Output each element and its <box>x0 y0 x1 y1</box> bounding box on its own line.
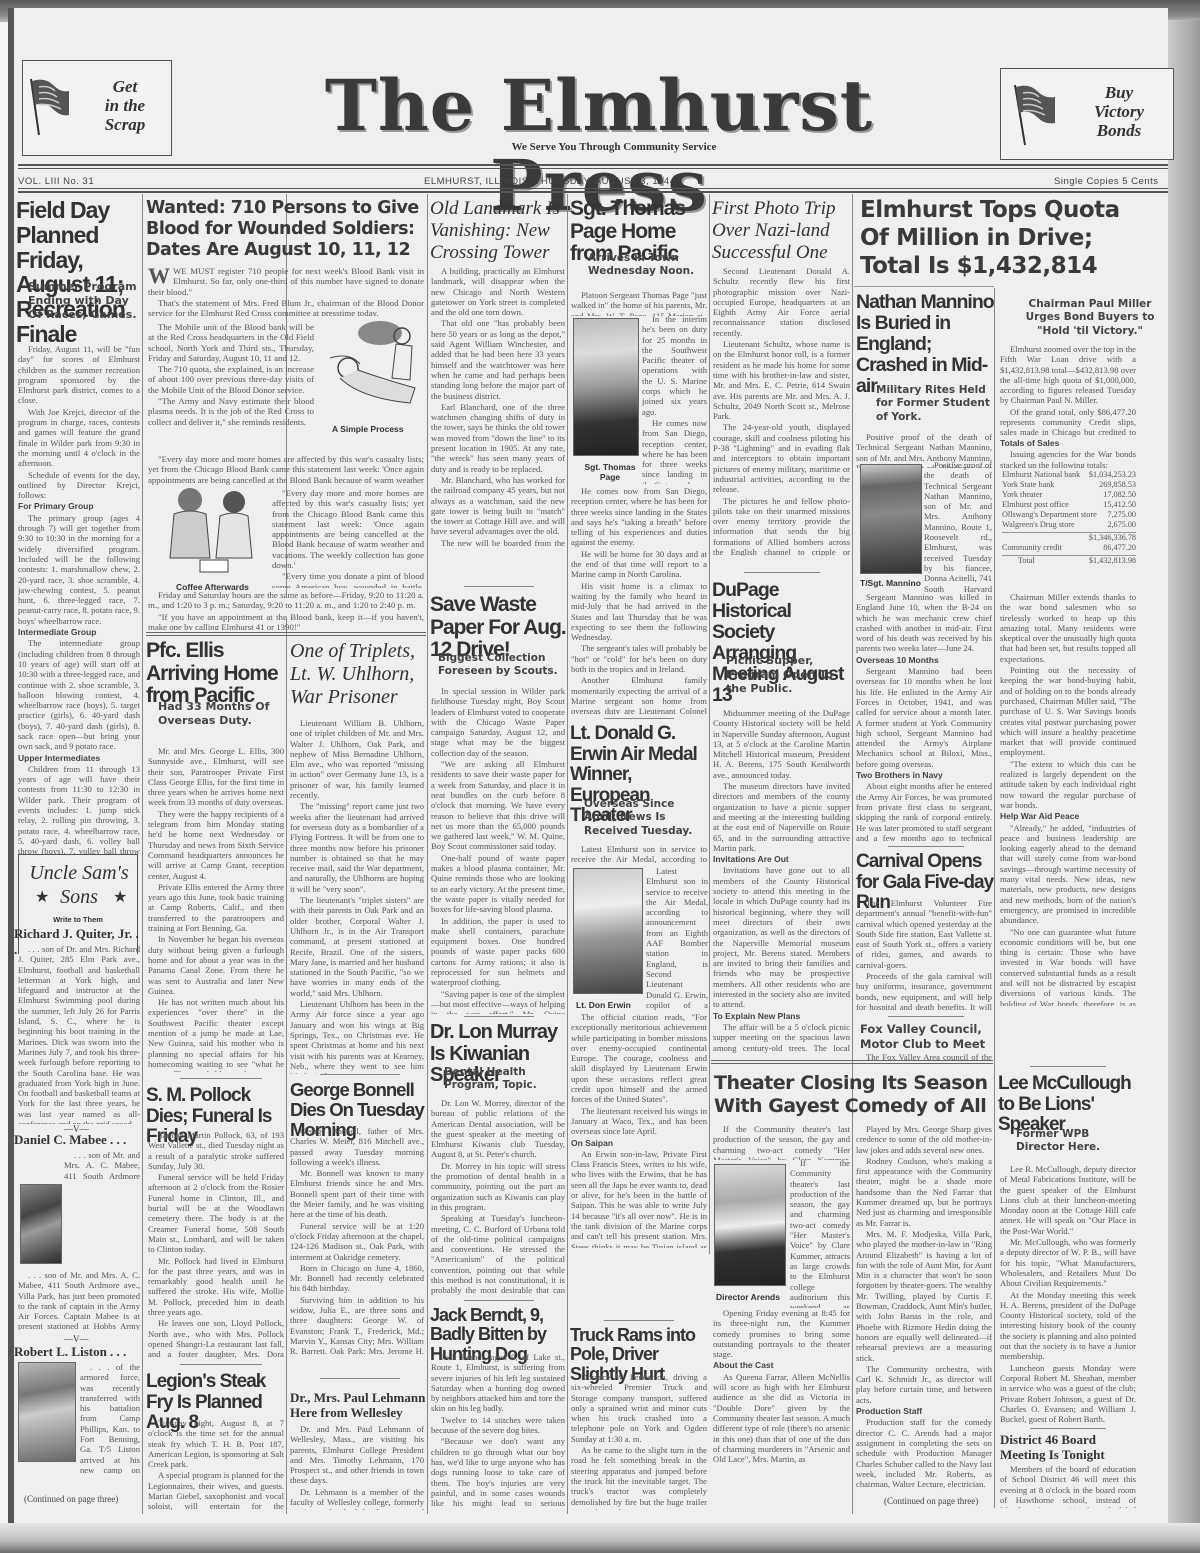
waste-paper-body: In special session in Wilder park fieldh… <box>431 686 565 1014</box>
table-cell-amount: 2,675.00 <box>1107 520 1136 530</box>
theater-headline: Theater Closing Its Season With Gayest C… <box>714 1072 994 1118</box>
article-divider <box>320 1074 400 1075</box>
paragraph: "Every day more and more homes are affec… <box>272 488 424 570</box>
paragraph: Sergeant Mannino had been overseas for 1… <box>856 666 992 769</box>
paragraph: He comes now from San Diego, reception c… <box>642 418 707 484</box>
uhlhorn-body: Lieutenant William B. Uhlhorn, one of tr… <box>290 718 424 1074</box>
paragraph: Private Ellis entered the Army three yea… <box>148 882 284 933</box>
continued-note: (Continued on page three) <box>884 1496 978 1506</box>
paragraph: As he came to the slight turn in the roa… <box>571 1445 707 1510</box>
left-ear-line-2: in the <box>83 96 167 115</box>
total-amount: $1,432,813.98 <box>1089 556 1136 566</box>
paragraph: The Fox Valley Area council of the Chica… <box>856 1052 992 1060</box>
table-row: York theater17,082.50 <box>1002 490 1136 500</box>
column-divider <box>852 194 853 1514</box>
star-icon: ★ <box>35 887 49 907</box>
paragraph: Elmhurst zoomed over the top in the Fift… <box>1000 344 1136 406</box>
left-ear-box: Get in the Scrap <box>22 60 172 156</box>
paragraph: Issuing agencies for the War bonds stack… <box>1000 449 1136 468</box>
paragraph: Mr. Bonnell was known to many Elmhurst f… <box>290 1168 424 1219</box>
section-rule <box>711 1060 993 1064</box>
lt-erwin-photo <box>573 868 643 994</box>
paragraph: A building, practically an Elmhurst land… <box>431 266 565 317</box>
paragraph: One-half pound of waste paper makes a bl… <box>431 853 565 915</box>
mccullough-subhead: Former WPB Director Here. <box>1016 1128 1136 1155</box>
landmark-headline: Old Landmark Is Vanishing: New Crossing … <box>430 198 566 264</box>
paragraph: Lieutenant Schultz, whose name is on the… <box>713 339 850 421</box>
article-divider <box>744 572 820 573</box>
newspaper-page: Get in the Scrap The Elmhurst Press We S… <box>8 8 1168 1538</box>
total-label: Total <box>1002 556 1035 566</box>
table-cell-agency: Elmhurst National bank <box>1002 470 1080 480</box>
lehmann-headline: Dr., Mrs. Paul Lehmann Here from Wellesl… <box>290 1390 426 1420</box>
theater-body-left: Opening Friday evening at 8:45 for its t… <box>713 1308 850 1512</box>
paragraph: Jack Berndt, aged 9, of Lake st., Route … <box>431 1352 565 1414</box>
paragraph: "No one can guarantee what future econom… <box>1000 927 1136 1007</box>
paragraph: The intermediate group (including childr… <box>18 638 140 751</box>
paragraph: He comes now from San Diego, reception c… <box>571 486 707 548</box>
continued-note: (Continued on page three) <box>24 1494 118 1504</box>
photo-caption: T/Sgt. Mannino <box>860 578 921 588</box>
mannino-subhead: Military Rites Held for Former Student o… <box>876 384 990 424</box>
article-divider <box>464 586 534 587</box>
headline-line: Total Is $1,432,814 <box>860 252 1170 280</box>
paragraph: "Saving paper is one of the simplest—but… <box>431 989 565 1014</box>
paragraph: Platoon Sergeant Thomas Page "just walke… <box>571 290 707 316</box>
dateline-price: Single Copies 5 Cents <box>1054 176 1159 187</box>
paragraph: Tuesday night, August 8, at 7 o'clock is… <box>148 1418 284 1469</box>
paragraph: If the Community theater's last producti… <box>713 1124 850 1160</box>
paragraph: In the interim he's been on duty for 25 … <box>642 314 707 417</box>
landmark-body: A building, practically an Elmhurst land… <box>431 266 565 546</box>
berndt-body: Jack Berndt, aged 9, of Lake st., Route … <box>431 1352 565 1510</box>
ellis-body: Mr. and Mrs. George L. Ellis, 300 Sunnys… <box>148 746 284 1072</box>
blood-bank-body-4: Friday and Saturday hours are the same a… <box>148 590 424 630</box>
section-heading: Totals of Sales <box>1000 438 1136 448</box>
page-body-top: Platoon Sergeant Thomas Page "just walke… <box>571 290 707 316</box>
table-cell-agency: Ollswang's Department store <box>1002 510 1097 520</box>
masthead-motto: We Serve You Through Community Service <box>374 141 854 153</box>
mannino-body-side: Positive proof of the death of Technical… <box>924 460 992 592</box>
paragraph: Latest Elmhurst son in service to receiv… <box>646 866 708 1012</box>
paragraph: Invitations have gone out to all members… <box>713 865 850 1009</box>
headline-line: Dates Are August 10, 11, 12 <box>146 240 424 261</box>
quota-totals-table: Elmhurst National bank$1,034,253.23 York… <box>1002 470 1136 588</box>
section-heading: Help War Aid Peace <box>1000 811 1136 821</box>
left-ear-line-1: Get <box>83 77 167 96</box>
article-divider <box>854 286 994 287</box>
erwin-body: The official citation reads, "For except… <box>571 1012 707 1248</box>
table-row: Community credit86,477.20 <box>1002 543 1136 553</box>
table-cell-agency: York theater <box>1002 490 1042 500</box>
sgt-mannino-photo <box>860 464 922 574</box>
uncle-sam-subtitle: Write to Them <box>19 915 137 924</box>
quota-subhead: Chairman Paul Miller Urges Bond Buyers t… <box>1010 298 1170 338</box>
paragraph: Mr. Pollock had lived in Elmhurst for th… <box>148 1256 284 1318</box>
district46-body: Members of the board of education of Sch… <box>1000 1464 1136 1508</box>
article-divider <box>604 1320 674 1321</box>
volume-number: VOL. LIII No. 31 <box>18 176 94 187</box>
dateline-place-date: ELMHURST, ILLINOIS, THURSDAY, AUGUST 3, … <box>424 176 676 187</box>
liston-photo <box>18 1362 76 1462</box>
photo-caption: Director Arends <box>716 1292 780 1302</box>
paragraph: About eight months after he entered the … <box>856 781 992 842</box>
paragraph: The museum directors have invited direct… <box>713 781 850 853</box>
table-row: Ollswang's Department store7,275.00 <box>1002 510 1136 520</box>
table-cell-amount: 86,477.20 <box>1103 543 1136 553</box>
section-heading: About the Cast <box>713 1360 850 1370</box>
left-ear-line-3: Scrap <box>83 115 167 134</box>
service-entry-name: Daniel C. Mabee . . . <box>14 1132 140 1148</box>
field-day-headline: Field Day Planned Friday, August 11; Rec… <box>16 198 140 347</box>
paragraph: His visit home is a climax to waiting by… <box>571 581 707 643</box>
masthead-rule <box>18 168 1168 169</box>
paragraph: Children from 11 through 13 years of age… <box>18 764 140 854</box>
photo-caption: Lt. Don Erwin <box>576 1000 631 1010</box>
paragraph: Lieutenant William B. Uhlhorn, one of tr… <box>290 718 424 800</box>
paragraph: . . . son of Dr. and Mrs. Richard J. Qui… <box>18 944 140 1124</box>
article-divider <box>464 1300 534 1301</box>
erwin-body-side: Latest Elmhurst son in service to receiv… <box>646 866 708 1012</box>
article-divider <box>888 846 964 847</box>
paragraph: The primary group (ages 4 through 7) wil… <box>18 513 140 626</box>
paragraph: Luncheon guests Monday were Corporal Rob… <box>1000 1363 1136 1424</box>
bonnell-body: George Bonnell, father of Mrs. Charles W… <box>290 1126 424 1354</box>
director-arends-photo <box>714 1164 786 1286</box>
paragraph: Funeral service will be at 1:20 o'clock … <box>290 1221 424 1262</box>
paragraph: Rodney Coulson, who's making a first app… <box>856 1156 992 1228</box>
paragraph: "The Army and Navy estimate their blood … <box>148 396 314 427</box>
v-divider: —V— <box>64 1334 89 1344</box>
theater-body-right: Played by Mrs. George Sharp gives creden… <box>856 1124 992 1490</box>
paragraph: That old one "has probably been here 50 … <box>431 318 565 400</box>
right-ear-box: Buy Victory Bonds <box>1000 68 1174 160</box>
mccullough-body: Lee R. McCullough, deputy director of Me… <box>1000 1164 1136 1424</box>
paragraph: Pointing out the necessity of keeping th… <box>1000 665 1136 758</box>
paragraph: The Community orchestra, with Carl K. Sc… <box>856 1364 992 1405</box>
paragraph: The pictures he and fellow photo-pilots … <box>713 496 850 556</box>
quota-totals-intro: Totals of Sales Issuing agencies for the… <box>1000 438 1136 468</box>
photo-trip-headline: First Photo Trip Over Nazi-land Successf… <box>712 198 852 264</box>
table-cell-agency: Walgreen's Drug store <box>1002 520 1075 530</box>
paragraph: Production staff for the comedy director… <box>856 1417 992 1489</box>
paragraph: They were the happy recipients of a tele… <box>148 809 284 881</box>
headline-line: Elmhurst Tops Quota <box>860 196 1170 224</box>
paragraph: The affair will be a 5 o'clock picnic su… <box>713 1022 850 1054</box>
dupage-subhead: Picnic Supper, Program Open To the Publi… <box>726 654 850 696</box>
paragraph: Mr. and Mrs. George L. Ellis, 300 Sunnys… <box>148 746 284 808</box>
quota-closing: Chairman Miller extends thanks to the wa… <box>1000 592 1136 1006</box>
paragraph: Schedule of events for the day, outlined… <box>18 470 140 501</box>
service-entry-text: . . . son of Dr. and Mrs. Richard J. Qui… <box>18 944 140 1124</box>
paragraph: The Elmhurst Volunteer Fire department's… <box>856 898 992 970</box>
paragraph: Dorance W. Fenderson, driving a six-whee… <box>571 1372 707 1444</box>
paragraph: A special program is planned for the Leg… <box>148 1470 284 1510</box>
paragraph: The sergeant's tales will probably be "h… <box>571 643 707 674</box>
truck-body: Dorance W. Fenderson, driving a six-whee… <box>571 1372 707 1510</box>
article-divider <box>180 1078 262 1079</box>
mannino-body: Sergeant Mannino was killed in England J… <box>856 592 992 842</box>
right-ear-line-2: Victory <box>1071 102 1167 121</box>
paragraph: Played by Mrs. George Sharp gives creden… <box>856 1124 992 1155</box>
article-divider <box>320 1378 400 1379</box>
blood-bank-body-3: "Every day more and more homes are affec… <box>272 488 424 588</box>
field-day-body: Friday, August 11, will be "fun day" for… <box>18 344 140 854</box>
coffee-illustration <box>150 478 270 578</box>
masthead-rule <box>18 164 1168 166</box>
murray-body: Dr. Lon W. Morrey, director of the burea… <box>431 1098 565 1298</box>
paragraph: Proceeds of the gala carnival will buy u… <box>856 971 992 1010</box>
section-heading: Intermediate Group <box>18 627 140 637</box>
uhlhorn-headline: One of Triplets, Lt. W. Uhlhorn, War Pri… <box>290 640 426 709</box>
paragraph: Dr. Morrey in his topic will stress the … <box>431 1161 565 1212</box>
table-row: York State bank269,858.53 <box>1002 480 1136 490</box>
table-cell-amount: 17,082.50 <box>1103 490 1136 500</box>
erwin-body-top: Latest Elmhurst son in service to receiv… <box>571 844 707 866</box>
section-heading: Two Brothers in Navy <box>856 770 992 780</box>
paragraph: Another Elmhurst family momentarily expe… <box>571 675 707 714</box>
table-total-row: Total$1,432,813.98 <box>1002 555 1136 566</box>
paragraph: The lieutenant received his wings in Jan… <box>571 1106 707 1137</box>
american-flag-icon <box>1007 81 1057 147</box>
paragraph: The 710 quota, she explained, is an incr… <box>148 364 314 395</box>
paragraph: Twelve to 14 stitches were taken because… <box>431 1415 565 1436</box>
theater-body-top: If the Community theater's last producti… <box>713 1124 850 1160</box>
paragraph: Dr. Lehmann is a member of the faculty o… <box>290 1487 424 1510</box>
paragraph: He has not written much about his experi… <box>148 997 284 1072</box>
mabee-photo <box>20 1184 62 1264</box>
article-divider <box>1030 1066 1106 1067</box>
column-divider <box>427 194 428 1514</box>
paragraph: . . . of the armored force, was recently… <box>80 1362 140 1474</box>
paragraph: Born in Chicago on June 4, 1860, Mr. Bon… <box>290 1263 424 1294</box>
paragraph: Sergeant Mannino was killed in England J… <box>856 592 992 654</box>
column-divider <box>286 618 287 1514</box>
quota-body: Elmhurst zoomed over the top in the Fift… <box>1000 344 1136 438</box>
table-row: Elmhurst post office15,412.50 <box>1002 500 1136 510</box>
headline-line: Wanted: 710 Persons to Give <box>146 198 424 219</box>
table-cell-amount: 269,858.53 <box>1099 480 1136 490</box>
paragraph: . . . son of Mr. and Mrs. A. C. Mabee, 4… <box>18 1270 140 1330</box>
paragraph: Friday, August 11, will be "fun day" for… <box>18 344 140 406</box>
paragraph: "Because we don't want any children to g… <box>431 1436 565 1510</box>
sgt-page-photo <box>573 318 639 456</box>
paragraph: With Joe Krejci, director of the program… <box>18 407 140 469</box>
headline-line: Blood for Wounded Soldiers: <box>146 219 424 240</box>
american-flag-icon <box>25 75 71 137</box>
subtotal-amount: $1,346,336.78 <box>1089 533 1136 543</box>
legion-body: Tuesday night, August 8, at 7 o'clock is… <box>148 1418 284 1510</box>
mannino-headline: Nathan Mannino Is Buried in England; Cra… <box>856 292 996 397</box>
paragraph: He leaves one son, Lloyd Pollock, North … <box>148 1318 284 1360</box>
fox-valley-body: The Fox Valley Area council of the Chica… <box>856 1052 992 1060</box>
lede-text: WE MUST register 710 people for next wee… <box>148 266 424 297</box>
paragraph: . . . son of Mr. and Mrs. A. C. Mabee, 4… <box>64 1150 140 1180</box>
page-subhead: Arrives in Town Wednesday Noon. <box>588 252 706 279</box>
column-divider <box>567 194 568 1514</box>
section-heading: For Primary Group <box>18 501 140 511</box>
paragraph: "We are asking all Elmhurst residents to… <box>431 759 565 852</box>
table-cell-amount: 7,275.00 <box>1107 510 1136 520</box>
erwin-subhead: Overseas Since April; News Is Received T… <box>584 798 708 838</box>
table-row: Walgreen's Drug store2,675.00 <box>1002 520 1136 530</box>
paragraph: At the Monday meeting this week H. A. Be… <box>1000 1290 1136 1362</box>
section-heading: On Saipan <box>571 1138 707 1148</box>
service-entry-name: Robert L. Liston . . . <box>14 1344 140 1360</box>
paragraph: Funeral service will be held Friday afte… <box>148 1172 284 1254</box>
waste-paper-subhead: Biggest Collection Foreseen by Scouts. <box>438 652 564 679</box>
paragraph: The "missing" report came just two weeks… <box>290 801 424 894</box>
paragraph: Chairman Miller extends thanks to the wa… <box>1000 592 1136 664</box>
article-divider <box>604 718 674 719</box>
service-entry-text: . . . of the armored force, was recently… <box>80 1362 140 1474</box>
table-row: Elmhurst National bank$1,034,253.23 <box>1002 470 1136 480</box>
service-entry-text-cont <box>64 1180 140 1270</box>
ellis-headline: Pfc. Ellis Arriving Home from Pacific <box>146 640 286 708</box>
field-day-subhead: Summer Program Ending with Day Of Races,… <box>28 280 140 322</box>
paragraph: Surviving him in addition to his widow, … <box>290 1295 424 1354</box>
pollock-body: Samuel Martin Pollock, 63, of 193 West V… <box>148 1130 284 1360</box>
paragraph: The lieutenant's "triplet sisters" are w… <box>290 895 424 998</box>
paragraph: "If you have an appointment at the Blood… <box>148 612 424 630</box>
paragraph: Of the grand total, only $86,477.20 repr… <box>1000 407 1136 438</box>
section-heading: Invitations Are Out <box>713 854 850 864</box>
paragraph: Positive proof of the death of Technical… <box>924 460 992 592</box>
paragraph: Lee R. McCullough, deputy director of Me… <box>1000 1164 1136 1236</box>
paragraph: Members of the board of education of Sch… <box>1000 1464 1136 1508</box>
photo-caption: Sgt. Thomas Page <box>580 462 640 482</box>
illustration-caption: A Simple Process <box>332 424 404 434</box>
article-divider <box>888 1016 964 1017</box>
article-divider <box>1030 1428 1106 1429</box>
paragraph: As Queena Farrar, Alleen McNellis will s… <box>713 1372 850 1465</box>
paragraph: Midsummer meeting of the DuPage County H… <box>713 708 850 780</box>
paragraph: The 24-year-old youth, displayed courage… <box>713 422 850 494</box>
dateline-rule <box>18 188 1168 189</box>
paragraph: Friday and Saturday hours are the same a… <box>148 590 424 611</box>
section-heading: Production Staff <box>856 1406 992 1416</box>
service-entry-text: . . . son of Mr. and Mrs. A. C. Mabee, 4… <box>64 1150 140 1180</box>
quota-headline: Elmhurst Tops Quota Of Million in Drive;… <box>860 196 1170 280</box>
table-subtotal-row: $1,346,336.78 <box>1002 532 1136 543</box>
paragraph: If the Community theater's last producti… <box>790 1158 850 1308</box>
paragraph: He will be home for 30 days and at the e… <box>571 549 707 580</box>
photo-trip-body: Second Lieutenant Donald A. Schultz rece… <box>713 266 850 556</box>
section-heading: Overseas 10 Months <box>856 655 992 665</box>
article-divider <box>464 1016 534 1017</box>
paragraph: Latest Elmhurst son in service to receiv… <box>571 844 707 866</box>
district46-headline: District 46 Board Meeting Is Tonight <box>1000 1432 1140 1462</box>
paragraph: Mr. Blanchard, who has worked for the ra… <box>431 475 565 537</box>
paragraph: Dr. and Mrs. Paul Lehmann of Wellesley, … <box>290 1424 424 1486</box>
paragraph: In special session in Wilder park fieldh… <box>431 686 565 758</box>
paragraph: "Already," he added, "industries of peac… <box>1000 823 1136 926</box>
paragraph: "The extent to which this can be realize… <box>1000 759 1136 810</box>
paragraph: George Bonnell, father of Mrs. Charles W… <box>290 1126 424 1167</box>
paragraph: Second Lieutenant Donald A. Schultz rece… <box>713 266 850 338</box>
paragraph: Dr. Lon W. Morrey, director of the burea… <box>431 1098 565 1160</box>
page-body-side: In the interim he's been on duty for 25 … <box>642 314 707 484</box>
scan-bottom-edge <box>0 1523 1200 1553</box>
theater-body-side: If the Community theater's last producti… <box>790 1158 850 1308</box>
table-cell-agency: Community credit <box>1002 543 1062 553</box>
paragraph: Mr. McCullough, who was formerly a deput… <box>1000 1237 1136 1288</box>
uncle-sam-title-line-1: Uncle Sam's <box>27 861 131 885</box>
blood-bank-body: The Mobile unit of the Blood bank will b… <box>148 322 314 456</box>
paragraph: In addition, the paper is used to make s… <box>431 916 565 988</box>
carnival-body: The Elmhurst Volunteer Fire department's… <box>856 898 992 1010</box>
table-cell-agency: York State bank <box>1002 480 1054 490</box>
table-cell-agency: Elmhurst post office <box>1002 500 1069 510</box>
section-heading: Upper Intermediates <box>18 753 140 763</box>
dateline-rule <box>18 191 1168 193</box>
star-icon: ★ <box>113 887 127 907</box>
paragraph: The official citation reads, "For except… <box>571 1012 707 1105</box>
paragraph: Lieutenant Uhlhorn has been in the Army … <box>290 999 424 1074</box>
service-entry-text-cont: . . . son of Mr. and Mrs. A. C. Mabee, 4… <box>18 1270 140 1330</box>
blood-donor-illustration <box>320 308 424 418</box>
paragraph: "Every time you donate a pint of blood s… <box>272 571 424 588</box>
table-cell-amount: 15,412.50 <box>1103 500 1136 510</box>
paragraph: Mrs. M. F. Modjeska, Villa Park, who pla… <box>856 1229 992 1363</box>
section-heading: To Explain New Plans <box>713 1011 850 1021</box>
paragraph: An Erwin son-in-law, Private First Class… <box>571 1149 707 1248</box>
blood-bank-headline: Wanted: 710 Persons to Give Blood for Wo… <box>146 198 424 261</box>
murray-subhead: Dental Health Program, Topic. <box>444 1066 564 1093</box>
dupage-body: Midsummer meeting of the DuPage County H… <box>713 708 850 1054</box>
fox-valley-headline: Fox Valley Council, Motor Club to Meet <box>860 1022 994 1051</box>
headline-line: Of Million in Drive; <box>860 224 1170 252</box>
paragraph: The Mobile unit of the Blood bank will b… <box>148 322 314 363</box>
paragraph: Samuel Martin Pollock, 63, of 193 West V… <box>148 1130 284 1171</box>
article-divider <box>180 1364 262 1365</box>
paragraph: Opening Friday evening at 8:45 for its t… <box>713 1308 850 1359</box>
column-divider <box>142 194 143 1514</box>
lehmann-body: Dr. and Mrs. Paul Lehmann of Wellesley, … <box>290 1424 424 1510</box>
paragraph: In November he began his overseas duty w… <box>148 934 284 996</box>
right-ear-line-3: Bonds <box>1071 121 1167 140</box>
table-cell-amount: $1,034,253.23 <box>1089 470 1136 480</box>
paragraph: The new will be boarded from the ground … <box>431 538 565 546</box>
paragraph: Speaking at Tuesday's luncheon-meeting, … <box>431 1213 565 1298</box>
right-ear-line-1: Buy <box>1071 83 1167 102</box>
section-rule <box>146 632 426 636</box>
page-body: He comes now from San Diego, reception c… <box>571 486 707 714</box>
paragraph: Earl Blanchard, one of the three watchme… <box>431 402 565 474</box>
mccullough-headline: Lee McCullough to Be Lions' Speaker <box>998 1074 1138 1136</box>
ellis-subhead: Had 33 Months Of Overseas Duty. <box>158 700 284 728</box>
